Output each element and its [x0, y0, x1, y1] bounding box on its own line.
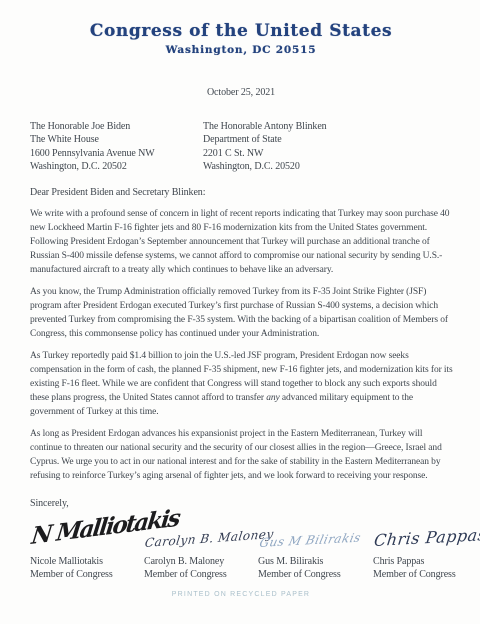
letter-date: October 25, 2021: [30, 86, 452, 99]
signer-maloney: Carolyn B. Maloney Carolyn B. Maloney Me…: [144, 512, 258, 581]
recipient-line: The White House: [30, 133, 203, 146]
recipient-line: 1600 Pennsylvania Avenue NW: [30, 147, 203, 160]
letter-page: Congress of the United States Washington…: [0, 0, 480, 624]
letterhead: Congress of the United States Washington…: [30, 20, 452, 57]
recipient-address-biden: The Honorable Joe Biden The White House …: [30, 120, 203, 174]
recipient-line: Washington, D.C. 20502: [30, 160, 203, 173]
paragraph-3: As Turkey reportedly paid $1.4 billion t…: [30, 349, 455, 419]
recipient-blocks: The Honorable Joe Biden The White House …: [30, 120, 452, 174]
paragraph-3-emphasis: any: [266, 393, 279, 403]
signature-bilirakis: Gus M Bilirakis: [258, 505, 382, 550]
recipient-line: The Honorable Joe Biden: [30, 120, 203, 133]
letterhead-title: Congress of the United States: [30, 20, 452, 42]
signature-maloney: Carolyn B. Maloney: [144, 503, 263, 549]
signer-name: Nicole Malliotakis: [30, 555, 144, 568]
signer-title: Member of Congress: [258, 568, 373, 581]
recipient-address-blinken: The Honorable Antony Blinken Department …: [203, 120, 327, 174]
signer-name: Carolyn B. Maloney: [144, 555, 258, 568]
salutation: Dear President Biden and Secretary Blink…: [30, 186, 452, 199]
letterhead-address: Washington, DC 20515: [30, 44, 452, 57]
signer-pappas: Chris Pappas Chris Pappas Member of Cong…: [373, 512, 473, 581]
signer-title: Member of Congress: [144, 568, 258, 581]
paragraph-1: We write with a profound sense of concer…: [30, 207, 455, 277]
signer-title: Member of Congress: [373, 568, 473, 581]
recipient-line: 2201 C St. NW: [203, 147, 327, 160]
signature-block: N Malliotakis Nicole Malliotakis Member …: [30, 512, 452, 581]
recipient-line: The Honorable Antony Blinken: [203, 120, 327, 133]
recycled-paper-note: PRINTED ON RECYCLED PAPER: [30, 591, 452, 598]
recipient-line: Washington, D.C. 20520: [203, 160, 327, 173]
paragraph-4: As long as President Erdogan advances hi…: [30, 427, 455, 483]
recipient-line: Department of State: [203, 133, 327, 146]
signer-bilirakis: Gus M Bilirakis Gus M. Bilirakis Member …: [258, 512, 373, 581]
signer-malliotakis: N Malliotakis Nicole Malliotakis Member …: [30, 512, 144, 581]
signer-name: Chris Pappas: [373, 555, 473, 568]
signature-pappas: Chris Pappas: [373, 506, 478, 550]
paragraph-2: As you know, the Trump Administration of…: [30, 285, 455, 341]
signer-name: Gus M. Bilirakis: [258, 555, 373, 568]
signer-title: Member of Congress: [30, 568, 144, 581]
